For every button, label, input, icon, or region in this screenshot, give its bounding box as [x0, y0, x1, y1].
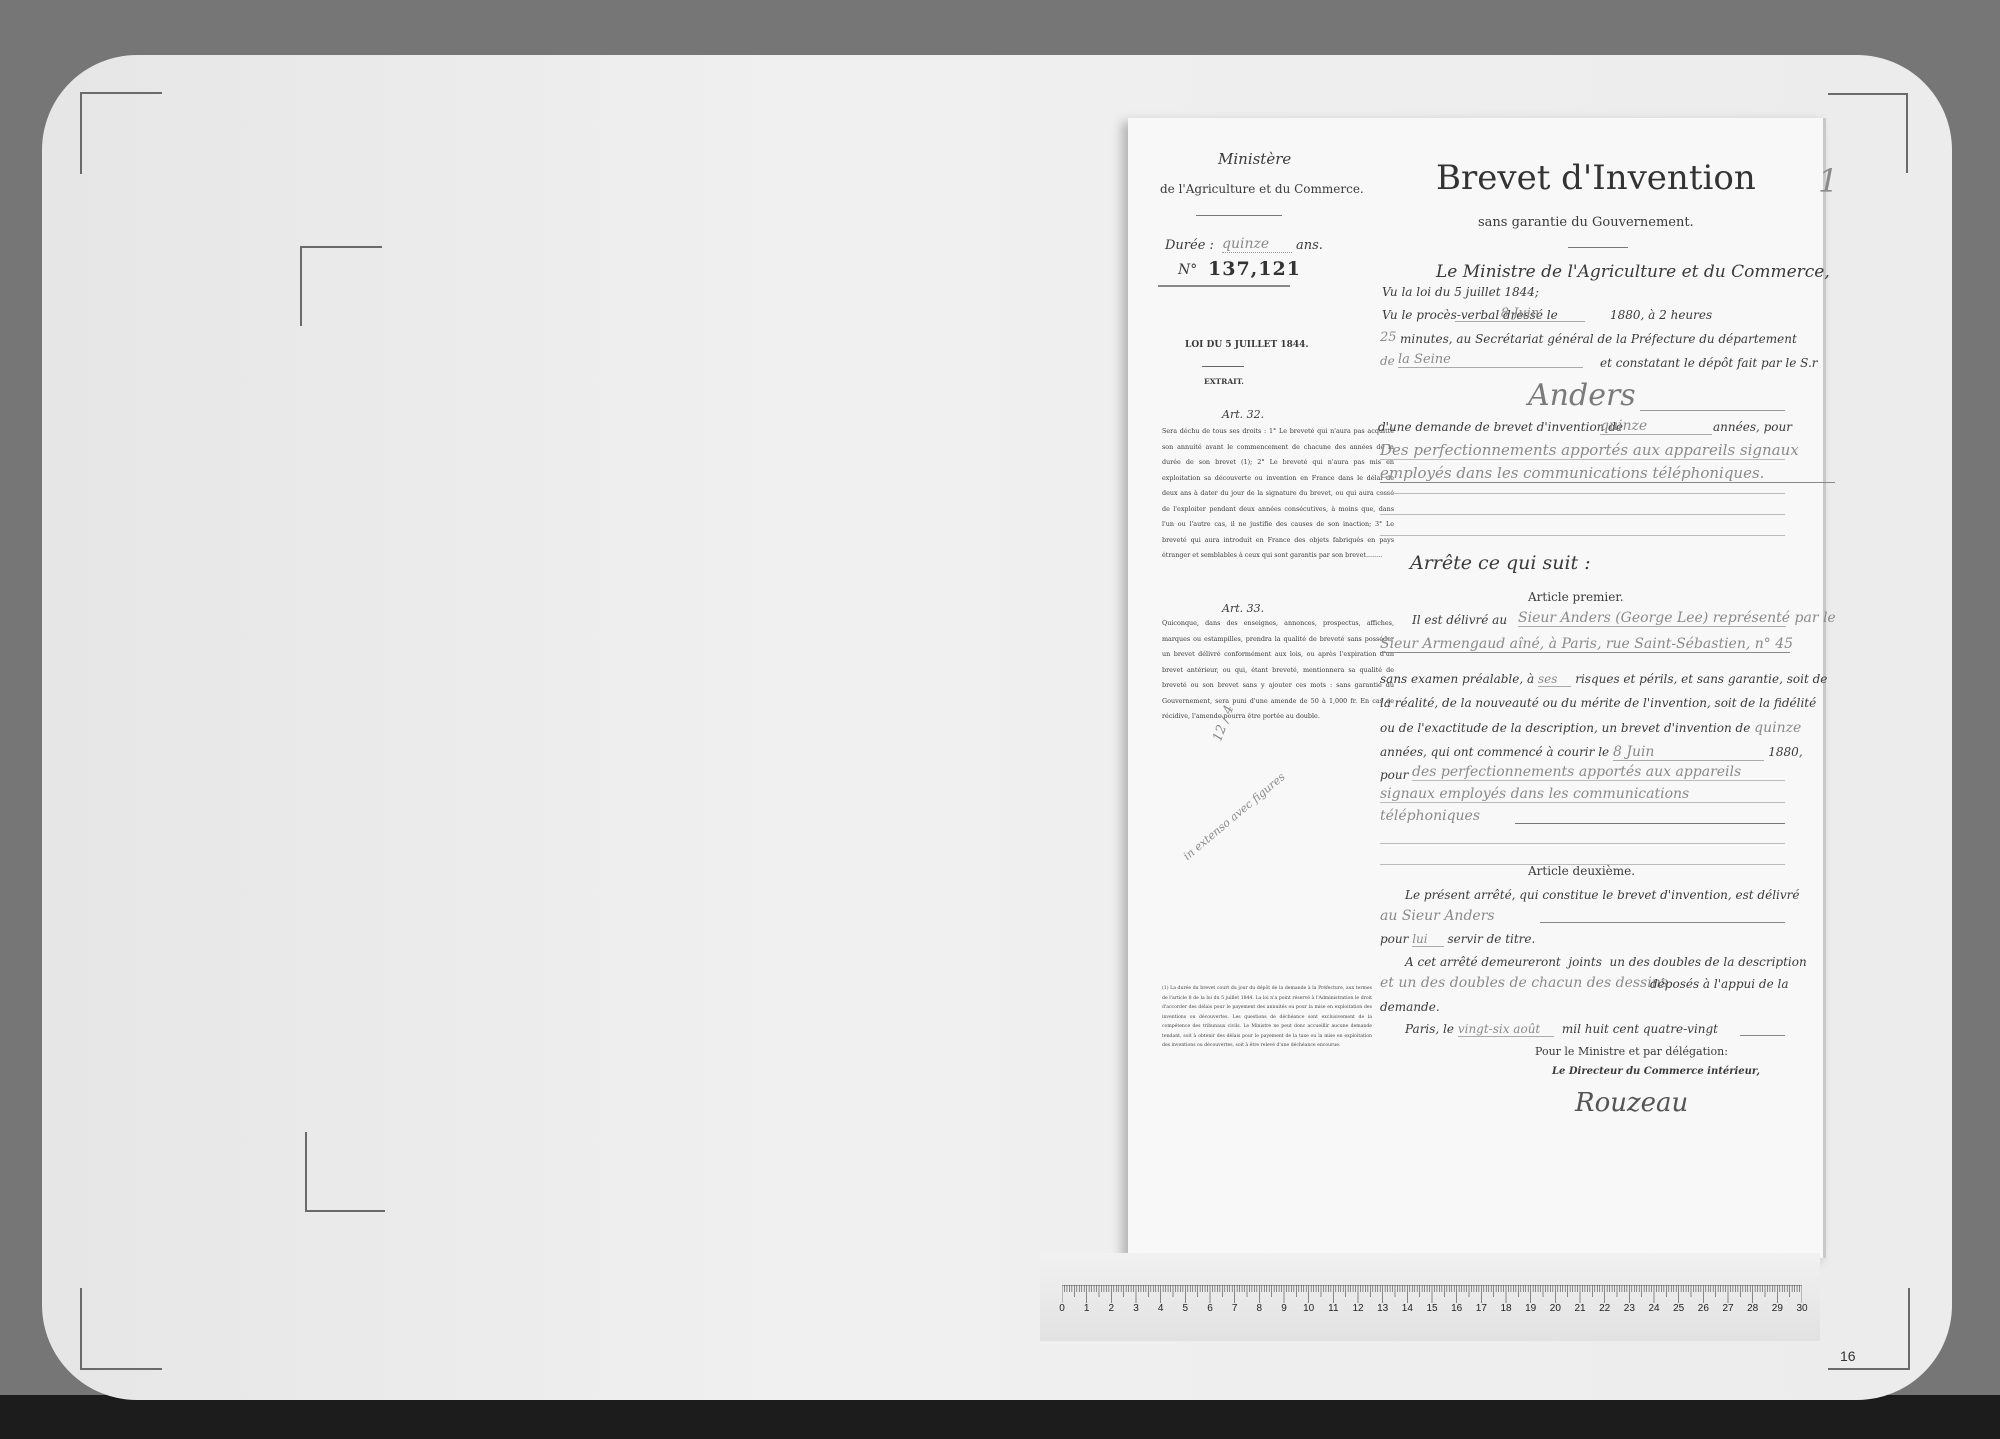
- crop-mark-top-right-outer: [1828, 93, 1908, 173]
- dept-value: la Seine: [1398, 352, 1583, 368]
- duration-value: quinze: [1222, 236, 1292, 253]
- ministry-header: Ministère: [1218, 150, 1291, 168]
- paris-prefix: Paris, le: [1405, 1022, 1454, 1036]
- art2-p2b: un des doubles de la description: [1610, 955, 1807, 969]
- paris-rule: [1740, 1035, 1785, 1036]
- object-line-2: employés dans les communications télépho…: [1380, 464, 1835, 483]
- applicant-name: Anders: [1528, 378, 1636, 413]
- ruler-label: 7: [1232, 1303, 1238, 1314]
- pour-ministre: Pour le Ministre et par délégation:: [1535, 1045, 1728, 1058]
- demande-years: quinze: [1600, 418, 1712, 435]
- ruler-label: 4: [1158, 1303, 1164, 1314]
- art2-pour: pour: [1380, 932, 1408, 946]
- ruler-label: 2: [1109, 1303, 1115, 1314]
- art1-object-line3: téléphoniques: [1380, 808, 1480, 824]
- arrete-heading: Arrête ce qui suit :: [1410, 552, 1591, 574]
- extract-label: EXTRAIT.: [1204, 377, 1244, 386]
- ruler-label: 18: [1500, 1303, 1511, 1314]
- ruler-label: 24: [1648, 1303, 1659, 1314]
- applicant-rule: [1640, 410, 1785, 411]
- ruler-label: 19: [1525, 1303, 1536, 1314]
- art1-ses: ses: [1538, 672, 1571, 687]
- crop-mark-bottom-left-outer: [80, 1288, 162, 1370]
- art1-p1-start: sans examen préalable, à: [1380, 672, 1534, 686]
- art2-joints: joints: [1568, 955, 1602, 969]
- ruler-label: 30: [1796, 1303, 1807, 1314]
- ruler-label: 22: [1599, 1303, 1610, 1314]
- ruler-label: 3: [1133, 1303, 1139, 1314]
- art1-year: 1880,: [1768, 745, 1802, 759]
- art1-object-line1: des perfectionnements apportés aux appar…: [1412, 764, 1785, 781]
- duration-label: Durée :: [1165, 238, 1214, 253]
- blank-line-1: [1380, 493, 1785, 494]
- ministry-subheader: de l'Agriculture et du Commerce.: [1160, 182, 1364, 196]
- crop-mark-top-left-outer: [80, 92, 162, 174]
- art2-p1: Le présent arrêté, qui constitue le brev…: [1405, 888, 1800, 902]
- folio-mark: 1: [1818, 162, 1838, 200]
- title-divider: [1568, 247, 1628, 248]
- minister-line: Le Ministre de l'Agriculture et du Comme…: [1436, 262, 1830, 282]
- blank-line-3: [1380, 535, 1785, 536]
- page-marker: 16: [1840, 1348, 1856, 1364]
- art1-p2: la réalité, de la nouveauté ou du mérite…: [1380, 696, 1816, 710]
- article1-title: Article premier.: [1528, 590, 1624, 604]
- ruler-label: 13: [1377, 1303, 1388, 1314]
- ruler-label: 17: [1476, 1303, 1487, 1314]
- art2-p3b: déposés à l'appui de la: [1650, 977, 1789, 991]
- art1-object-rule: [1515, 823, 1785, 824]
- art2-pour-line: pour lui servir de titre.: [1380, 932, 1535, 946]
- article2-title: Article deuxième.: [1528, 864, 1635, 878]
- object-line-1: Des perfectionnements apportés aux appar…: [1380, 441, 1785, 460]
- ruler-labels: 0123456789101112131415161718192021222324…: [1058, 1303, 1818, 1319]
- ruler-label: 26: [1698, 1303, 1709, 1314]
- ruler-label: 12: [1352, 1303, 1363, 1314]
- ruler-label: 0: [1059, 1303, 1065, 1314]
- art1-p1-end: risques et périls, et sans garantie, soi…: [1575, 672, 1827, 686]
- pv-date: 8 Juin: [1455, 306, 1585, 322]
- vu-loi: Vu la loi du 5 juillet 1844;: [1382, 285, 1539, 299]
- ruler-label: 5: [1183, 1303, 1189, 1314]
- art2-p2: A cet arrêté demeureront joints un des d…: [1405, 955, 1807, 969]
- art1-years: quinze: [1754, 720, 1801, 736]
- paris-suffix: mil huit cent quatre-vingt: [1562, 1022, 1718, 1036]
- ruler-label: 25: [1673, 1303, 1684, 1314]
- art1-date: 8 Juin: [1613, 744, 1764, 761]
- law-divider: [1202, 366, 1244, 367]
- art1-prefix: Il est délivré au: [1412, 613, 1507, 627]
- ruler-label: 6: [1207, 1303, 1213, 1314]
- ruler-label: 23: [1624, 1303, 1635, 1314]
- law-title: LOI DU 5 JUILLET 1844.: [1185, 340, 1309, 350]
- art2-titre: servir de titre.: [1447, 932, 1535, 946]
- directeur-title: Le Directeur du Commerce intérieur,: [1552, 1066, 1760, 1077]
- art33-title: Art. 33.: [1222, 602, 1264, 615]
- pv-minutes-text: minutes, au Secrétariat général de la Pr…: [1400, 332, 1797, 346]
- dept-prefix: de: [1380, 354, 1395, 368]
- demande-text: d'une demande de brevet d'invention de: [1378, 420, 1623, 434]
- ruler-label: 1: [1084, 1303, 1090, 1314]
- patent-number-label: N°: [1178, 262, 1197, 278]
- art1-p3-text: ou de l'exactitude de la description, un…: [1380, 721, 1750, 735]
- art1-object-line2: signaux employés dans les communications: [1380, 786, 1785, 803]
- ruler-label: 29: [1772, 1303, 1783, 1314]
- art1-blank-1: [1380, 843, 1785, 844]
- scanner-bed-edge: [0, 1395, 2000, 1439]
- art2-lui: lui: [1412, 932, 1443, 947]
- ornament-divider: [1196, 215, 1282, 216]
- art32-title: Art. 32.: [1222, 408, 1264, 421]
- paris-line: Paris, le vingt-six août mil huit cent q…: [1405, 1022, 1718, 1036]
- blank-line-2: [1380, 514, 1785, 515]
- ruler-label: 14: [1402, 1303, 1413, 1314]
- ruler-label: 15: [1426, 1303, 1437, 1314]
- duration-unit: ans.: [1296, 238, 1323, 253]
- ruler-label: 10: [1303, 1303, 1314, 1314]
- crop-mark-top-left-inner: [300, 246, 382, 326]
- art33-text: Quiconque, dans des enseignes, annonces,…: [1162, 616, 1394, 725]
- ruler-label: 20: [1550, 1303, 1561, 1314]
- art1-p3: ou de l'exactitude de la description, un…: [1380, 720, 1801, 736]
- document-title: Brevet d'Invention: [1436, 158, 1756, 198]
- header-divider: [1158, 285, 1290, 287]
- art1-grantee-line1: Sieur Anders (George Lee) représenté par…: [1518, 610, 1786, 627]
- footnote-text: (1) La durée du brevet court du jour du …: [1162, 984, 1372, 1051]
- ruler-ticks: [1062, 1285, 1802, 1305]
- pv-minutes-hand: 25: [1380, 330, 1397, 345]
- document-subtitle: sans garantie du Gouvernement.: [1478, 215, 1694, 230]
- art1-p1: sans examen préalable, à ses risques et …: [1380, 672, 1827, 686]
- measurement-ruler: 0123456789101112131415161718192021222324…: [1040, 1253, 1820, 1341]
- art1-p4-text: années, qui ont commencé à courir le: [1380, 745, 1609, 759]
- ruler-label: 8: [1257, 1303, 1263, 1314]
- ruler-label: 16: [1451, 1303, 1462, 1314]
- art2-p3-hand: et un des doubles de chacun des dessins: [1380, 975, 1668, 991]
- patent-number: 137,121: [1208, 258, 1301, 280]
- ruler-label: 28: [1747, 1303, 1758, 1314]
- art1-p4: années, qui ont commencé à courir le 8 J…: [1380, 744, 1803, 760]
- ruler-label: 9: [1281, 1303, 1287, 1314]
- art32-text: Sera déchu de tous ses droits : 1° Le br…: [1162, 424, 1394, 564]
- art2-to: au Sieur Anders: [1380, 908, 1495, 924]
- demande-suffix: années, pour: [1713, 420, 1792, 434]
- depot-text: et constatant le dépôt fait par le S.r: [1600, 356, 1818, 370]
- ruler-label: 21: [1574, 1303, 1585, 1314]
- art2-p4: demande.: [1380, 1000, 1440, 1014]
- art1-grantee-line2: Sieur Armengaud aîné, à Paris, rue Saint…: [1380, 636, 1790, 653]
- art2-p2a: A cet arrêté demeureront: [1405, 955, 1561, 969]
- ruler-label: 27: [1722, 1303, 1733, 1314]
- signature: Rouzeau: [1575, 1088, 1688, 1118]
- ruler-label: 11: [1328, 1303, 1338, 1314]
- pv-year: 1880, à 2 heures: [1610, 308, 1712, 322]
- paris-date: vingt-six août: [1458, 1022, 1554, 1037]
- art2-to-rule: [1540, 922, 1785, 923]
- art1-pour: pour: [1380, 768, 1408, 782]
- crop-mark-bottom-left-inner: [305, 1132, 385, 1212]
